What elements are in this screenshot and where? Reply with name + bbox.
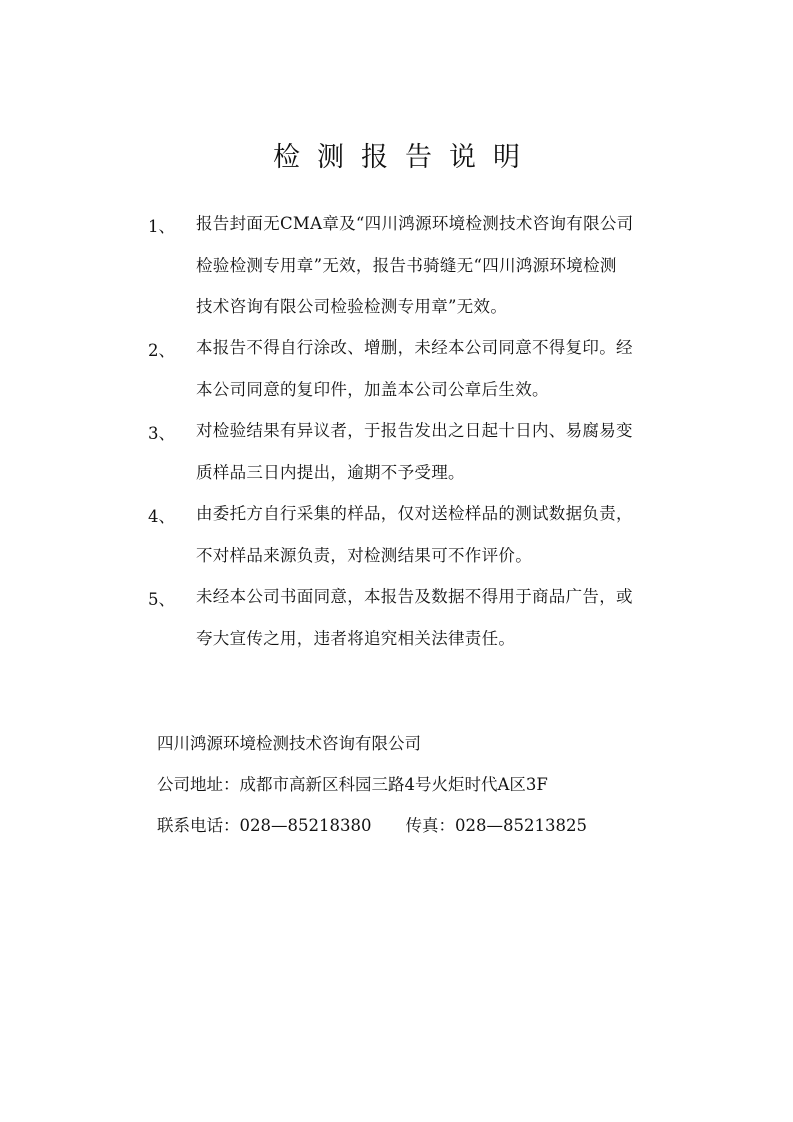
phone-number: 联系电话：028—85218380	[157, 816, 371, 835]
item-line: 由委托方自行采集的样品，仅对送检样品的测试数据负责，	[196, 493, 686, 535]
item-number: 4、	[148, 503, 188, 527]
item-line: 技术咨询有限公司检验检测专用章”无效。	[196, 286, 686, 328]
item-line: 对检验结果有异议者，于报告发出之日起十日内、易腐易变	[196, 410, 686, 452]
company-name: 四川鸿源环境检测技术咨询有限公司	[157, 723, 587, 764]
item-line: 夸大宣传之用，违者将追究相关法律责任。	[196, 618, 686, 660]
item-number: 3、	[148, 420, 188, 444]
item-line: 本公司同意的复印件，加盖本公司公章后生效。	[196, 369, 686, 411]
item-number: 5、	[148, 586, 188, 610]
contact-line: 联系电话：028—85218380传真：028—85213825	[157, 805, 587, 846]
item-line: 检验检测专用章”无效，报告书骑缝无“四川鸿源环境检测	[196, 245, 686, 287]
item-number: 1、	[148, 213, 188, 237]
company-info: 四川鸿源环境检测技术咨询有限公司 公司地址：成都市高新区科园三路4号火炬时代A区…	[157, 723, 587, 846]
item-line: 报告封面无CMA章及“四川鸿源环境检测技术咨询有限公司	[196, 203, 686, 245]
item-line: 不对样品来源负责，对检测结果可不作评价。	[196, 535, 686, 577]
item-line: 质样品三日内提出，逾期不予受理。	[196, 452, 686, 494]
item-line: 未经本公司书面同意，本报告及数据不得用于商品广告，或	[196, 576, 686, 618]
item-number: 2、	[148, 337, 188, 361]
fax-number: 传真：028—85213825	[405, 816, 586, 835]
company-address: 公司地址：成都市高新区科园三路4号火炬时代A区3F	[157, 764, 587, 805]
page-title: 检测报告说明	[0, 140, 793, 176]
item-line: 本报告不得自行涂改、增删，未经本公司同意不得复印。经	[196, 327, 686, 369]
